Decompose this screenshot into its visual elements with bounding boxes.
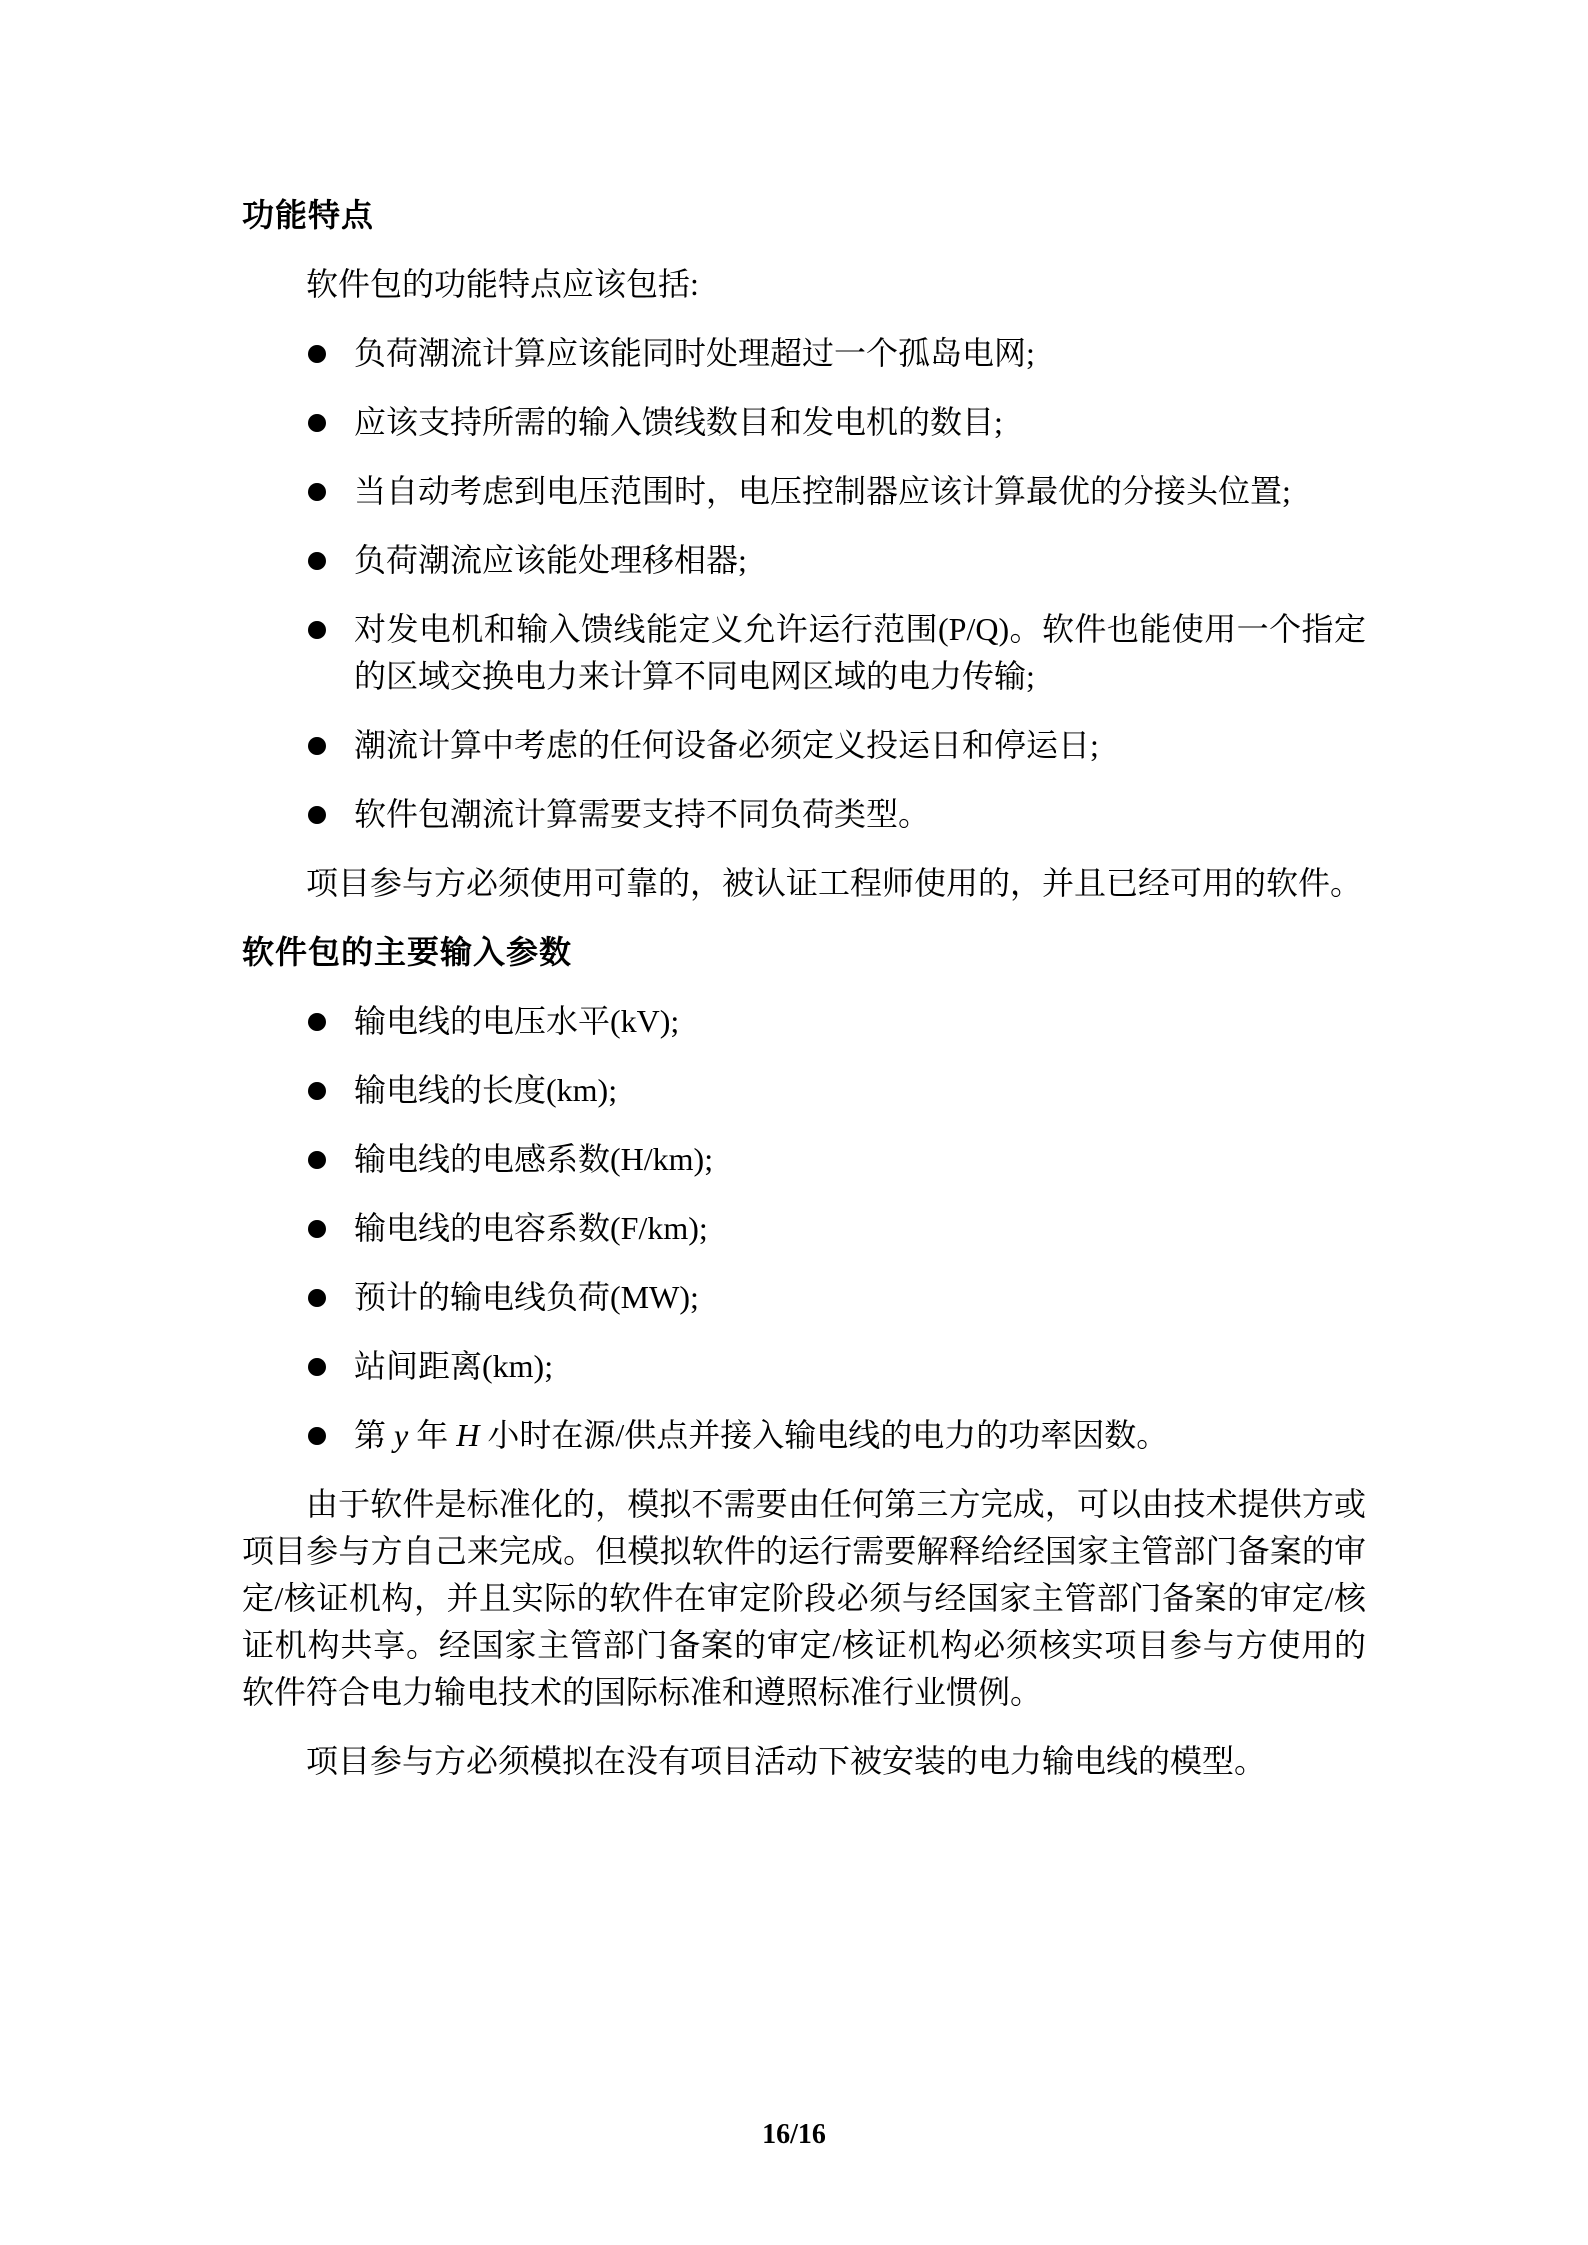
bullet-icon xyxy=(308,806,326,824)
bullet-icon xyxy=(308,552,326,570)
bullet-text: 输电线的长度(km); xyxy=(354,1072,617,1108)
list-item: 负荷潮流计算应该能同时处理超过一个孤岛电网; xyxy=(242,330,1366,377)
bullet-text: 负荷潮流计算应该能同时处理超过一个孤岛电网; xyxy=(354,335,1035,371)
bullet-text-segment: 年 xyxy=(408,1417,456,1453)
document-page: 功能特点 软件包的功能特点应该包括: 负荷潮流计算应该能同时处理超过一个孤岛电网… xyxy=(0,0,1588,2245)
bullet-icon xyxy=(308,1220,326,1238)
bullet-icon xyxy=(308,483,326,501)
bullet-text-segment: 第 xyxy=(354,1417,394,1453)
list-item: 输电线的电压水平(kV); xyxy=(242,998,1366,1045)
bullet-icon xyxy=(308,1151,326,1169)
list-item: 负荷潮流应该能处理移相器; xyxy=(242,537,1366,584)
bullet-text: 潮流计算中考虑的任何设备必须定义投运日和停运日; xyxy=(354,727,1099,763)
bullet-text: 输电线的电压水平(kV); xyxy=(354,1003,679,1039)
bullet-text: 负荷潮流应该能处理移相器; xyxy=(354,542,747,578)
intro-paragraph: 软件包的功能特点应该包括: xyxy=(242,261,1366,308)
bullet-text: 站间距离(km); xyxy=(354,1348,553,1384)
bullet-text: 应该支持所需的输入馈线数目和发电机的数目; xyxy=(354,404,1003,440)
section-heading-input-parameters: 软件包的主要输入参数 xyxy=(242,929,1366,976)
features-bullet-list: 负荷潮流计算应该能同时处理超过一个孤岛电网; 应该支持所需的输入馈线数目和发电机… xyxy=(242,330,1366,838)
bullet-text: 对发电机和输入馈线能定义允许运行范围(P/Q)。软件也能使用一个指定的区域交换电… xyxy=(354,611,1366,694)
bullet-icon xyxy=(308,1358,326,1376)
list-item: 应该支持所需的输入馈线数目和发电机的数目; xyxy=(242,399,1366,446)
body-paragraph-baseline-model: 项目参与方必须模拟在没有项目活动下被安装的电力输电线的模型。 xyxy=(242,1738,1366,1785)
list-item: 站间距离(km); xyxy=(242,1343,1366,1390)
variable-y: y xyxy=(394,1417,408,1453)
bullet-text: 当自动考虑到电压范围时，电压控制器应该计算最优的分接头位置; xyxy=(354,473,1291,509)
section-heading-features: 功能特点 xyxy=(242,192,1366,239)
bullet-text: 软件包潮流计算需要支持不同负荷类型。 xyxy=(354,796,930,832)
list-item: 软件包潮流计算需要支持不同负荷类型。 xyxy=(242,791,1366,838)
bullet-icon xyxy=(308,1082,326,1100)
bullet-icon xyxy=(308,345,326,363)
bullet-text: 输电线的电感系数(H/km); xyxy=(354,1141,713,1177)
list-item: 对发电机和输入馈线能定义允许运行范围(P/Q)。软件也能使用一个指定的区域交换电… xyxy=(242,606,1366,700)
bullet-icon xyxy=(308,1289,326,1307)
bullet-icon xyxy=(308,737,326,755)
list-item: 输电线的长度(km); xyxy=(242,1067,1366,1114)
list-item-formula: 第 y 年 H 小时在源/供点并接入输电线的电力的功率因数。 xyxy=(242,1412,1366,1459)
bullet-icon xyxy=(308,414,326,432)
page-content: 功能特点 软件包的功能特点应该包括: 负荷潮流计算应该能同时处理超过一个孤岛电网… xyxy=(0,0,1588,1807)
bullet-icon xyxy=(308,1013,326,1031)
list-item: 潮流计算中考虑的任何设备必须定义投运日和停运日; xyxy=(242,722,1366,769)
list-item: 输电线的电感系数(H/km); xyxy=(242,1136,1366,1183)
closing-paragraph: 项目参与方必须使用可靠的，被认证工程师使用的，并且已经可用的软件。 xyxy=(242,860,1366,907)
parameters-bullet-list: 输电线的电压水平(kV); 输电线的长度(km); 输电线的电感系数(H/km)… xyxy=(242,998,1366,1459)
list-item: 当自动考虑到电压范围时，电压控制器应该计算最优的分接头位置; xyxy=(242,468,1366,515)
bullet-text: 输电线的电容系数(F/km); xyxy=(354,1210,708,1246)
bullet-icon xyxy=(308,1427,326,1445)
bullet-icon xyxy=(308,621,326,639)
list-item: 预计的输电线负荷(MW); xyxy=(242,1274,1366,1321)
variable-h: H xyxy=(456,1417,479,1453)
list-item: 输电线的电容系数(F/km); xyxy=(242,1205,1366,1252)
body-paragraph-simulation: 由于软件是标准化的，模拟不需要由任何第三方完成，可以由技术提供方或项目参与方自己… xyxy=(242,1481,1366,1716)
bullet-text-segment: 小时在源/供点并接入输电线的电力的功率因数。 xyxy=(479,1417,1168,1453)
page-number: 16/16 xyxy=(0,2118,1588,2152)
bullet-text: 预计的输电线负荷(MW); xyxy=(354,1279,699,1315)
